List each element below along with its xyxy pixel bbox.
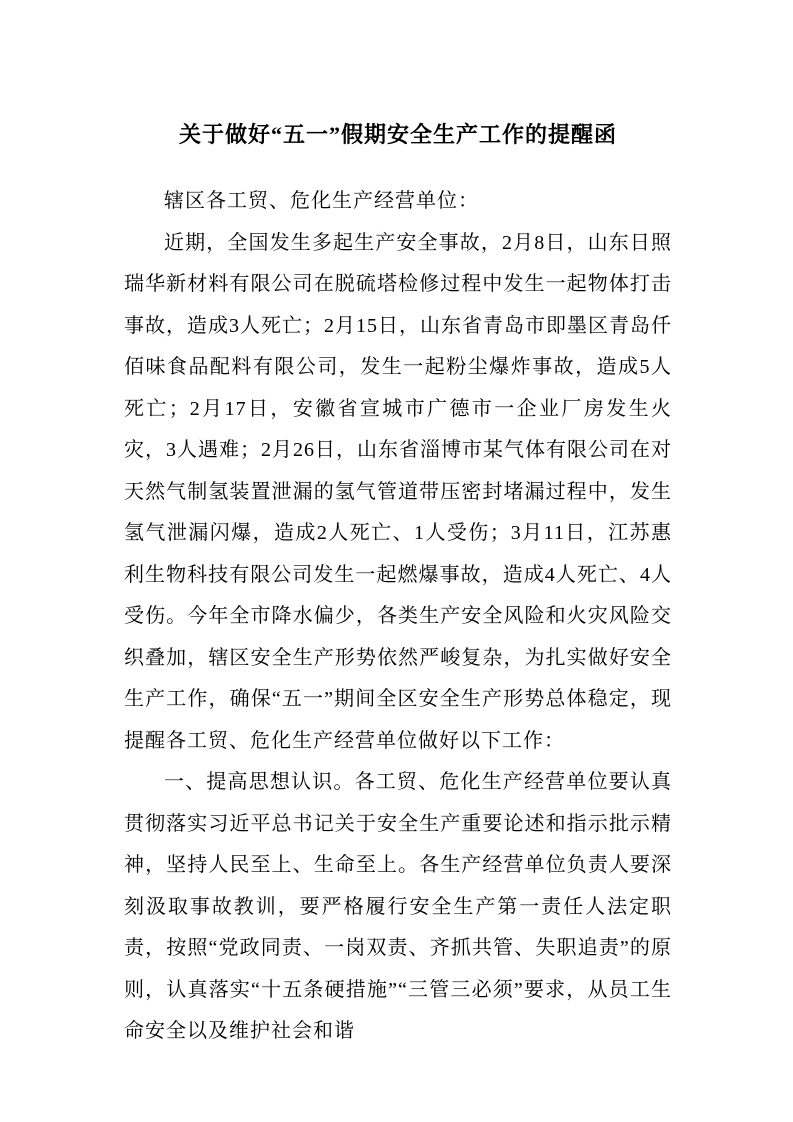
document-title: 关于做好“五一”假期安全生产工作的提醒函 [124,114,672,155]
paragraph-incident-summary: 近期，全国发生多起生产安全事故，2月8日，山东日照瑞华新材料有限公司在脱硫塔检修… [124,223,672,763]
document-page: 关于做好“五一”假期安全生产工作的提醒函 辖区各工贸、危化生产经营单位： 近期，… [0,0,793,1122]
paragraph-item-1-raise-awareness: 一、提高思想认识。各工贸、危化生产经营单位要认真贯彻落实习近平总书记关于安全生产… [124,762,672,1053]
salutation: 辖区各工贸、危化生产经营单位： [124,181,672,223]
